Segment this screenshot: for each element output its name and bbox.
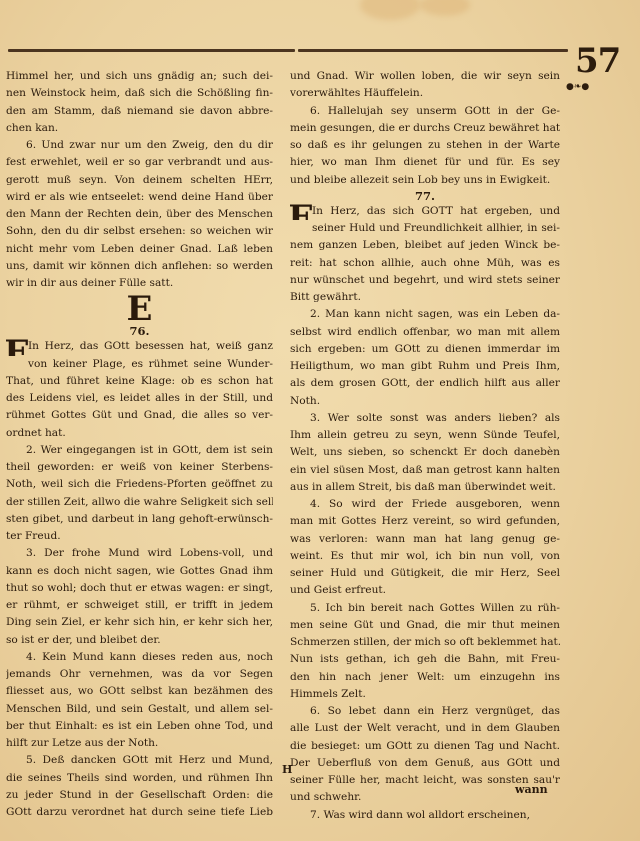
text-line: die besieget: um GOtt zu dienen Tag und …	[290, 738, 560, 755]
text-line: selbst wird endlich offenbar, wo man mit…	[290, 324, 560, 341]
text-line: man mit Gottes Herz vereint, so wird gef…	[290, 513, 560, 530]
hymn-76-stanza-2: 2. Wer eingegangen ist in GOtt, dem ist …	[6, 442, 273, 546]
text-line: alle Lust der Welt veracht, und in dem G…	[290, 720, 560, 737]
text-line: jemands Ohr vernehmen, was da vor Segen	[6, 666, 273, 683]
text-line: sich ergeben: um GOtt zu dienen immerdar…	[290, 341, 560, 358]
text-line: hilft zur Letze aus der Noth.	[6, 735, 273, 752]
text-line: ber thut Einhalt: es ist ein Leben ohne …	[6, 718, 273, 735]
text-line: 2. Wer eingegangen ist in GOtt, dem ist …	[6, 442, 273, 459]
text-line: 5. Deß dancken GOtt mit Herz und Mund,	[6, 752, 273, 769]
text-line: 5. Ich bin bereit nach Gottes Willen zu …	[290, 600, 560, 617]
text-line: 7. Was wird dann wol alldort erscheinen,	[290, 807, 560, 824]
text-line: gerott muß seyn. Von deinem schelten HEr…	[6, 172, 273, 189]
text-line: nur wünschet und begehrt, und wird stets…	[290, 272, 560, 289]
continued-stanza-text: und Gnad. Wir wollen loben, die wir seyn…	[290, 68, 560, 103]
text-line: vorerwähltes Häuffelein.	[290, 85, 560, 102]
text-line: Himmels Zelt.	[290, 686, 560, 703]
text-line: ein viel süsen Most, daß man getrost kan…	[290, 462, 560, 479]
hymn-77-stanza-3: 3. Wer solte sonst was anders lieben? al…	[290, 410, 560, 496]
text-line: hier, wo man Ihm dienet für und für. Es …	[290, 154, 560, 171]
hymn-76-stanza-3: 3. Der frohe Mund wird Lobens-voll, und …	[6, 545, 273, 649]
text-line: was verloren: wann man hat lang genug ge…	[290, 531, 560, 548]
text-line: 2. Man kann nicht sagen, was ein Leben d…	[290, 306, 560, 323]
text-line: theil geworden: er weiß von keiner Sterb…	[6, 459, 273, 476]
text-line: fest erwehlet, weil er so gar verbrandt …	[6, 154, 273, 171]
text-line-content: In Herz, das sich GOTT hat ergeben, und	[312, 205, 560, 217]
paper-stain	[360, 0, 420, 20]
text-line: EIn Herz, das GOtt besessen hat, weiß ga…	[6, 338, 273, 355]
hymn-76-stanza-4: 4. Kein Mund kann dieses reden aus, noch…	[6, 649, 273, 753]
text-line: die seines Theils sind worden, und rühme…	[6, 770, 273, 787]
text-line: seiner Huld und Freundlichkeit allhier, …	[290, 220, 560, 237]
hymn-77-stanza-5: 5. Ich bin bereit nach Gottes Willen zu …	[290, 600, 560, 704]
text-line: That, und führet keine Klage: ob es scho…	[6, 373, 273, 390]
text-line: den am Stamm, daß niemand sie davon abbr…	[6, 103, 273, 120]
text-line: Menschen Bild, und sein Gestalt, und all…	[6, 701, 273, 718]
text-line: und bleibe allezeit sein Lob bey uns in …	[290, 172, 560, 189]
decorative-ornament: E	[6, 294, 273, 324]
text-line: Himmel her, und sich uns gnädig an; such…	[6, 68, 273, 85]
text-line: der stillen Zeit, allwo die wahre Seligk…	[6, 494, 273, 511]
header-rule-left	[8, 49, 295, 52]
text-line: so daß es ihr gelungen zu stehen in der …	[290, 137, 560, 154]
header-rule-right	[298, 49, 568, 52]
stanza-6: 6. Hallelujah sey unserm GOtt in der Ge-…	[290, 103, 560, 189]
hymn-77-stanza-4: 4. So wird der Friede ausgeboren, wenn m…	[290, 496, 560, 600]
text-line: nicht mehr vom Leben deiner Gnad. Laß le…	[6, 241, 273, 258]
page-number: 57	[575, 44, 620, 78]
hymn-77-stanza-1: EIn Herz, das sich GOTT hat ergeben, und…	[290, 203, 560, 307]
text-line: nen Weinstock heim, daß sich die Schößli…	[6, 85, 273, 102]
text-line: nem ganzen Leben, bleibet auf jeden Winc…	[290, 237, 560, 254]
text-line: den hin nach jener Welt: um einzugehn in…	[290, 669, 560, 686]
text-line: als dem grosen GOtt, der endlich hilft a…	[290, 375, 560, 392]
text-line: Nun ists gethan, ich geh die Bahn, mit F…	[290, 651, 560, 668]
text-line: Noth.	[290, 393, 560, 410]
text-line: Noth, weil sich die Friedens-Pforten geö…	[6, 476, 273, 493]
text-line-content: In Herz, das GOtt besessen hat, weiß gan…	[28, 340, 273, 352]
hymn-77-stanza-2: 2. Man kann nicht sagen, was ein Leben d…	[290, 306, 560, 410]
paper-stain	[420, 0, 470, 16]
text-line: Welt, uns sieben, so schenckt Er doch da…	[290, 444, 560, 461]
text-line: so ist er der, und bleibet der.	[6, 632, 273, 649]
text-line: reit: hat schon allhie, auch ohne Müh, w…	[290, 255, 560, 272]
text-line: mein gesungen, die er durchs Creuz bewäh…	[290, 120, 560, 137]
text-line: und Geist erfreut.	[290, 582, 560, 599]
text-line: Ding sein Ziel, er kehr sich hin, er keh…	[6, 614, 273, 631]
text-line: Ihm allein getreu zu seyn, wenn Sünde Te…	[290, 427, 560, 444]
text-line: thut so wohl; doch thut er etwas wagen: …	[6, 580, 273, 597]
text-line: chen kan.	[6, 120, 273, 137]
text-line: seiner Huld und Gütigkeit, die mir Herz,…	[290, 565, 560, 582]
left-column: Himmel her, und sich uns gnädig an; such…	[6, 68, 273, 821]
text-line: 4. So wird der Friede ausgeboren, wenn	[290, 496, 560, 513]
drop-cap: E	[290, 203, 314, 220]
text-line: von keiner Plage, es rühmet seine Wunder…	[6, 356, 273, 373]
text-line: des Leidens viel, es leidet alles in der…	[6, 390, 273, 407]
text-line: kann es doch nicht sagen, wie Gottes Gna…	[6, 563, 273, 580]
hymn-76-stanza-5: 5. Deß dancken GOtt mit Herz und Mund, d…	[6, 752, 273, 821]
text-line: rühmet Gottes Güt und Gnad, die alles so…	[6, 407, 273, 424]
text-line: 6. Hallelujah sey unserm GOtt in der Ge-	[290, 103, 560, 120]
right-column: und Gnad. Wir wollen loben, die wir seyn…	[290, 68, 560, 824]
stanza-6: 6. Und zwar nur um den Zweig, den du dir…	[6, 137, 273, 292]
continued-stanza-text: Himmel her, und sich uns gnädig an; such…	[6, 68, 273, 137]
text-line: weint. Es thut mir wol, ich bin nun voll…	[290, 548, 560, 565]
page-number-ornament: ●❧●	[566, 82, 589, 92]
text-line: Heiligthum, wo man gibt Ruhm und Preis I…	[290, 358, 560, 375]
text-line: Schmerzen stillen, der mich so oft bekle…	[290, 634, 560, 651]
text-line: 4. Kein Mund kann dieses reden aus, noch	[6, 649, 273, 666]
text-line: 6. Und zwar nur um den Zweig, den du dir	[6, 137, 273, 154]
hymn-number-77: 77.	[290, 189, 560, 203]
hymn-77-stanza-7: 7. Was wird dann wol alldort erscheinen,	[290, 807, 560, 824]
text-line: zu jeder Stund in der Gesellschaft Orden…	[6, 787, 273, 804]
drop-cap: E	[6, 338, 30, 355]
text-line: men seine Güt und Gnad, die mir thut mei…	[290, 617, 560, 634]
text-line: Sohn, den du dir selbst ersehen: so weic…	[6, 223, 273, 240]
text-line: wird er als wie entseelet: wend deine Ha…	[6, 189, 273, 206]
text-line: und Gnad. Wir wollen loben, die wir seyn…	[290, 68, 560, 85]
text-line: sten gibet, und darbeut in lang gehoft-e…	[6, 511, 273, 528]
text-line: 6. So lebet dann ein Herz vergnüget, das	[290, 703, 560, 720]
text-line: er rühmt, er schweiget still, er trifft …	[6, 597, 273, 614]
text-line: EIn Herz, das sich GOTT hat ergeben, und	[290, 203, 560, 220]
text-line: 3. Wer solte sonst was anders lieben? al…	[290, 410, 560, 427]
catchword: wann	[515, 783, 548, 796]
text-line: uns, damit wir können dich anflehen: so …	[6, 258, 273, 275]
text-line: Bitt gewährt.	[290, 289, 560, 306]
text-line: Der Ueberfluß von dem Genuß, aus GOtt un…	[290, 755, 560, 772]
text-line: ordnet hat.	[6, 425, 273, 442]
text-line: ter Freud.	[6, 528, 273, 545]
text-line: den Mann der Rechten dein, über des Mens…	[6, 206, 273, 223]
hymn-number-76: 76.	[6, 324, 273, 338]
text-line: GOtt darzu verordnet hat durch seine tie…	[6, 804, 273, 821]
text-line: fliesset aus, wo GOtt selbst kan bezähme…	[6, 683, 273, 700]
text-line: 3. Der frohe Mund wird Lobens-voll, und	[6, 545, 273, 562]
hymn-76-stanza-1: EIn Herz, das GOtt besessen hat, weiß ga…	[6, 338, 273, 442]
text-line: aus in allem Streit, bis daß man überwin…	[290, 479, 560, 496]
